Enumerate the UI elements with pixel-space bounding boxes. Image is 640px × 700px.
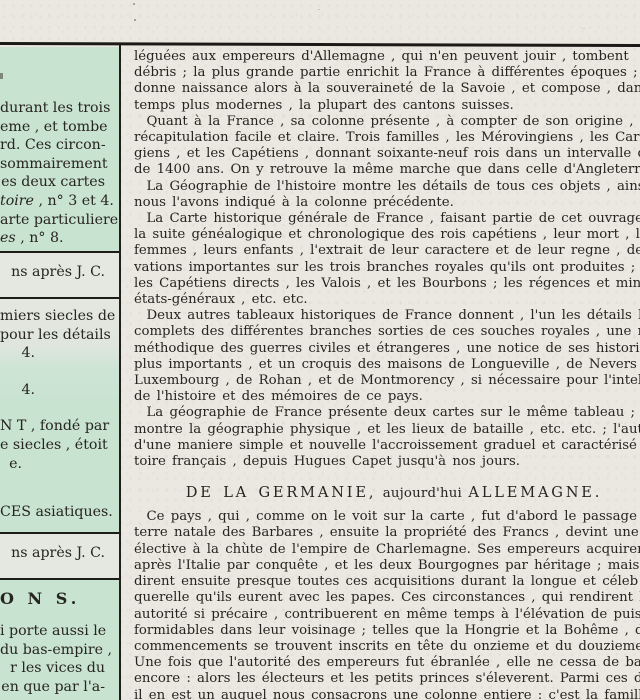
scan-speck <box>583 28 585 29</box>
body-text-line: toire français , depuis Hugues Capet jus… <box>134 454 640 470</box>
heading-lowercase: aujourd'hui <box>376 486 468 501</box>
italic-fragment: toire <box>0 193 34 209</box>
heading-caps: DE LA GERMANIE, <box>186 484 376 501</box>
body-text-line: nous l'avons indiqué à la colonne précéd… <box>134 195 640 211</box>
body-text-line: Une fois que l'autorité des empereurs fu… <box>134 655 640 671</box>
left-line: 4. <box>0 344 119 363</box>
left-line-rest: , n° 3 et 4. <box>34 193 114 209</box>
body-text-line: après l'Italie par conquête , et les deu… <box>134 558 640 574</box>
body-text-line: vations importantes sur les trois branch… <box>134 260 640 276</box>
scan-speck <box>133 3 135 5</box>
body-text-line: débris ; la plus grande partie enrichit … <box>134 65 640 81</box>
left-line: durant les trois <box>0 99 119 118</box>
body-text-line: états-généraux , etc. etc. <box>134 292 640 308</box>
body-text-line: il en est un auquel nous consacrons une … <box>134 688 640 700</box>
scan-speck <box>0 73 3 79</box>
body-text-line: donne naissance alors à la souveraineté … <box>134 81 640 97</box>
section-heading-germanie: DE LA GERMANIE, aujourd'hui ALLEMAGNE. <box>134 484 640 503</box>
scan-speck <box>134 19 136 21</box>
left-column: durant les trois eme , et tombe rd. Ces … <box>0 47 119 700</box>
heading-caps: ALLEMAGNE. <box>468 484 602 501</box>
left-line: rd. Ces circon- <box>0 136 119 155</box>
left-line: pour les détails <box>0 326 119 345</box>
scanned-book-page: durant les trois eme , et tombe rd. Ces … <box>0 0 640 700</box>
left-line: r les vices du <box>0 659 119 678</box>
left-line: N T , fondé par <box>0 417 119 436</box>
left-block-bas-empire: O N S. i porte aussi le du bas-empire , … <box>0 580 119 700</box>
left-line: 4. <box>0 381 119 400</box>
body-text-line: élective à la chùte de l'empire de Charl… <box>134 542 640 558</box>
body-text-line: Quant à la France , sa colonne présente … <box>134 114 640 130</box>
scan-speck <box>318 9 320 10</box>
body-text-line: giens , et les Capétiens , donnant soixa… <box>134 146 640 162</box>
body-text-line: La Géographie de l'histoire montre les d… <box>134 179 640 195</box>
body-text-line: montre la géographie physique , et les l… <box>134 422 640 438</box>
left-line: du bas-empire , <box>0 641 119 660</box>
body-text-line: Deux autres tableaux historiques de Fran… <box>134 308 640 324</box>
body-text-line: commencements se trouvent inscrits en tê… <box>134 639 640 655</box>
body-text-line: récapitulation facile et claire. Trois f… <box>134 130 640 146</box>
body-text-line: dirent ensuite presque toutes ces acquis… <box>134 574 640 590</box>
left-line: eme , et tombe <box>0 118 119 137</box>
left-line-rest: , n° 8. <box>16 230 64 246</box>
left-line: CES asiatiques. <box>0 503 119 522</box>
left-line: miers siecles de <box>0 307 119 326</box>
left-line: arte particuliere <box>0 211 119 230</box>
left-block-cartes: durant les trois eme , et tombe rd. Ces … <box>0 47 119 251</box>
left-line: es deux cartes <box>0 173 119 192</box>
body-text-line: Luxembourg , de Rohan , et de Montmorenc… <box>134 373 640 389</box>
after-jc-band-2: ns après J. C. <box>0 534 119 578</box>
body-text-line: plus importants , et un croquis des mais… <box>134 357 640 373</box>
body-text-line: léguées aux empereurs d'Allemagne , qui … <box>134 49 640 65</box>
body-text-line: Ce pays , qui , comme on le voit sur la … <box>134 509 640 525</box>
body-text-line: autorité si précaire , contribuerent en … <box>134 607 640 623</box>
left-line-after-jc: ns après J. C. <box>0 263 119 282</box>
body-text-line: formidables dans leur voisinage ; telles… <box>134 623 640 639</box>
left-line: e. <box>0 455 119 474</box>
body-text-line: de l'histoire et des mémoires de ce pays… <box>134 389 640 405</box>
left-line: i porte aussi le <box>0 622 119 641</box>
left-line: es , n° 8. <box>0 229 119 248</box>
left-line: e siecles , étoit <box>0 436 119 455</box>
left-block-siecles: miers siecles de pour les détails 4. 4. … <box>0 299 119 532</box>
body-text-line: La géographie de France présente deux ca… <box>134 405 640 421</box>
body-text-line: encore : alors les électeurs et les peti… <box>134 671 640 687</box>
body-text-line: femmes , leurs enfants , l'extrait de le… <box>134 243 640 259</box>
left-line: en que par l'a- <box>0 678 119 697</box>
after-jc-band-1: ns après J. C. <box>0 253 119 297</box>
body-text-line: les Capétiens directs , les Valois , et … <box>134 276 640 292</box>
left-line: toire , n° 3 et 4. <box>0 192 119 211</box>
body-text-line: de 1400 ans. On y retrouve la même march… <box>134 162 640 178</box>
italic-fragment: es <box>0 230 16 246</box>
body-text-line: d'une maniere simple et nouvelle l'accro… <box>134 438 640 454</box>
body-text-line: querelle qu'ils eurent avec les papes. C… <box>134 590 640 606</box>
main-column: léguées aux empereurs d'Allemagne , qui … <box>134 47 640 700</box>
body-text-line: la suite généalogique et chronologique d… <box>134 227 640 243</box>
column-divider <box>119 44 121 700</box>
body-text-line: complets des différentes branches sortie… <box>134 324 640 340</box>
left-line: sommairement <box>0 155 119 174</box>
body-text-line: temps plus modernes , la plupart des can… <box>134 98 640 114</box>
left-section-heading: O N S. <box>0 589 119 609</box>
left-line-after-jc: ns après J. C. <box>0 544 119 563</box>
body-text-line: terre natale des Barbares , ensuite la p… <box>134 525 640 541</box>
body-text-line: méthodique des guerres civiles et étrang… <box>134 341 640 357</box>
body-text-line: La Carte historique générale de France ,… <box>134 211 640 227</box>
